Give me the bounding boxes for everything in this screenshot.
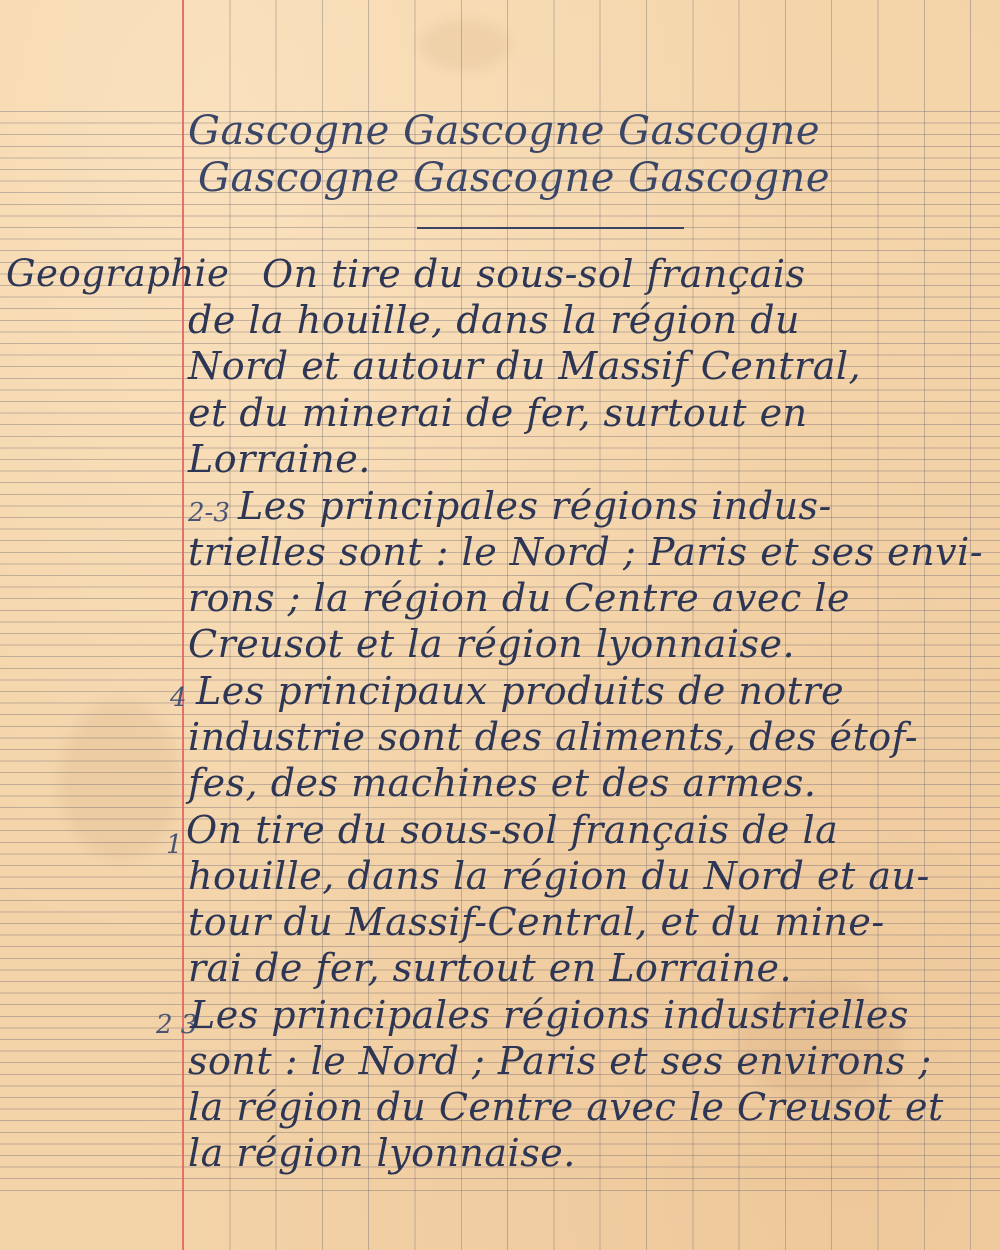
section-5-line-1: Les principales régions industrielles (190, 993, 909, 1037)
notebook-page: Gascogne Gascogne Gascogne Gascogne Gasc… (0, 0, 1000, 1250)
section-5-line-3: la région du Centre avec le Creusot et (188, 1085, 944, 1129)
section-4-line-2: houille, dans la région du Nord et au- (188, 854, 930, 898)
section-1-line-3: Nord et autour du Massif Central, (188, 344, 861, 388)
section-2-line-1: Les principales régions indus- (238, 484, 832, 528)
section-2-line-4: Creusot et la région lyonnaise. (188, 622, 795, 666)
section-1-line-5: Lorraine. (188, 437, 371, 481)
section-1-line-4: et du minerai de fer, surtout en (188, 391, 808, 435)
section-4-line-3: tour du Massif-Central, et du mine- (188, 900, 885, 944)
section-3-line-2: industrie sont des aliments, des étof- (188, 715, 918, 759)
heading-underline (417, 227, 684, 229)
section-3-number: 4 (170, 683, 187, 713)
subject-label: Geographie (6, 252, 229, 295)
section-2-line-2: trielles sont : le Nord ; Paris et ses e… (188, 530, 983, 574)
section-1-line-1: On tire du sous-sol français (262, 252, 806, 296)
section-1-line-2: de la houille, dans la région du (188, 298, 800, 342)
section-4-line-4: rai de fer, surtout en Lorraine. (188, 946, 792, 990)
section-5-line-4: la région lyonnaise. (188, 1131, 576, 1175)
heading-line-1: Gascogne Gascogne Gascogne (188, 108, 820, 154)
section-4-number: 1 (166, 830, 183, 860)
heading-line-2: Gascogne Gascogne Gascogne (198, 155, 830, 201)
section-4-line-1: On tire du sous-sol français de la (186, 808, 838, 852)
section-5-line-2: sont : le Nord ; Paris et ses environs ; (188, 1039, 932, 1083)
section-2-line-3: rons ; la région du Centre avec le (188, 576, 850, 620)
section-3-line-3: fes, des machines et des armes. (188, 761, 816, 805)
red-margin-line (182, 0, 184, 1250)
section-2-number: 2-3 (188, 498, 230, 528)
section-3-line-1: Les principaux produits de notre (196, 669, 844, 713)
